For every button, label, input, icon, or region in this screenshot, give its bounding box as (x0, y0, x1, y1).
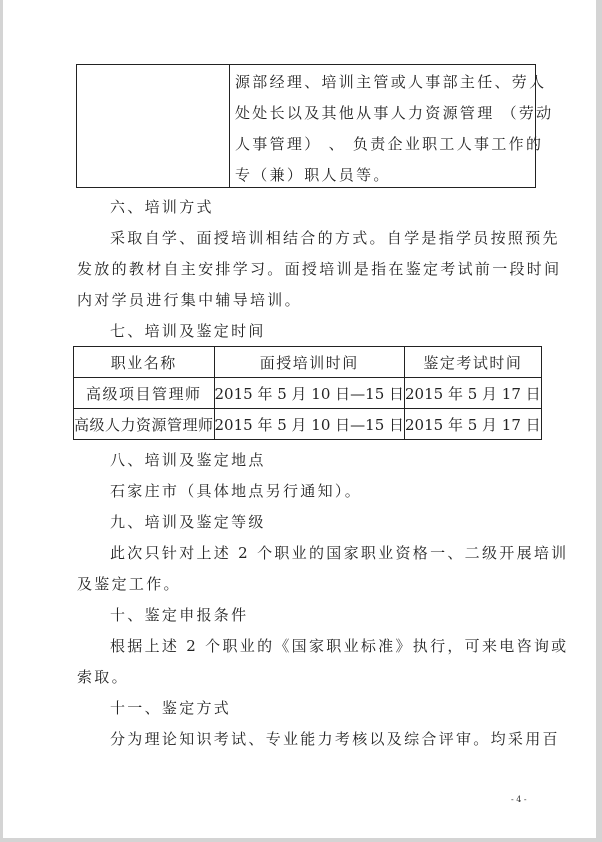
section-heading: 九、培训及鉴定等级 (77, 507, 529, 538)
table-header-cell: 面授培训时间 (214, 347, 405, 378)
table-cell-line: 专（兼）职人员等。 (235, 160, 533, 191)
table-cell: 2015 年 5 月 10 日—15 日 (214, 378, 405, 409)
schedule-table: 职业名称 面授培训时间 鉴定考试时间 高级项目管理师 2015 年 5 月 10… (73, 346, 542, 440)
paragraph-line: 石家庄市（具体地点另行通知）。 (77, 476, 529, 507)
table-cell-line: 处处长以及其他从事人力资源管理 （劳动 (235, 98, 533, 129)
section-training-method: 六、培训方式 采取自学、面授培训相结合的方式。自学是指学员按照预先 发放的教材自… (77, 192, 529, 347)
qualification-table-continued: 源部经理、培训主管或人事部主任、劳人 处处长以及其他从事人力资源管理 （劳动 人… (76, 64, 536, 188)
section-heading: 十、鉴定申报条件 (77, 600, 529, 631)
paragraph-line: 发放的教材自主安排学习。面授培训是指在鉴定考试前一段时间 (77, 254, 529, 285)
table-header-row: 职业名称 面授培训时间 鉴定考试时间 (74, 347, 542, 378)
paragraph-line: 及鉴定工作。 (77, 569, 529, 600)
paragraph-line: 内对学员进行集中辅导培训。 (77, 285, 529, 316)
table-cell-left (77, 65, 230, 187)
section-heading: 六、培训方式 (77, 192, 529, 223)
section-heading: 八、培训及鉴定地点 (77, 445, 529, 476)
paragraph-line: 此次只针对上述 2 个职业的国家职业资格一、二级开展培训 (77, 538, 529, 569)
document-page: 源部经理、培训主管或人事部主任、劳人 处处长以及其他从事人力资源管理 （劳动 人… (3, 0, 596, 838)
section-location: 八、培训及鉴定地点 石家庄市（具体地点另行通知）。 九、培训及鉴定等级 此次只针… (77, 445, 529, 755)
table-cell: 高级项目管理师 (74, 378, 215, 409)
paragraph-line: 分为理论知识考试、专业能力考核以及综合评审。均采用百 (77, 724, 529, 755)
table-row: 高级项目管理师 2015 年 5 月 10 日—15 日 2015 年 5 月 … (74, 378, 542, 409)
paragraph-line: 采取自学、面授培训相结合的方式。自学是指学员按照预先 (77, 223, 529, 254)
table-cell: 2015 年 5 月 10 日—15 日 (214, 409, 405, 440)
table-cell-right: 源部经理、培训主管或人事部主任、劳人 处处长以及其他从事人力资源管理 （劳动 人… (235, 67, 533, 191)
section-heading: 十一、鉴定方式 (77, 693, 529, 724)
table-cell-line: 人事管理） 、 负责企业职工人事工作的 (235, 129, 533, 160)
paragraph-line: 根据上述 2 个职业的《国家职业标准》执行，可来电咨询或 (77, 631, 529, 662)
table-row: 高级人力资源管理师 2015 年 5 月 10 日—15 日 2015 年 5 … (74, 409, 542, 440)
table-header-cell: 职业名称 (74, 347, 215, 378)
page-number: - 4 - (511, 795, 527, 804)
paragraph-line: 索取。 (77, 662, 529, 693)
table-cell: 高级人力资源管理师 (74, 409, 215, 440)
table-cell: 2015 年 5 月 17 日 (405, 409, 542, 440)
section-heading: 七、培训及鉴定时间 (77, 316, 529, 347)
table-header-cell: 鉴定考试时间 (405, 347, 542, 378)
table-cell: 2015 年 5 月 17 日 (405, 378, 542, 409)
table-cell-line: 源部经理、培训主管或人事部主任、劳人 (235, 67, 533, 98)
